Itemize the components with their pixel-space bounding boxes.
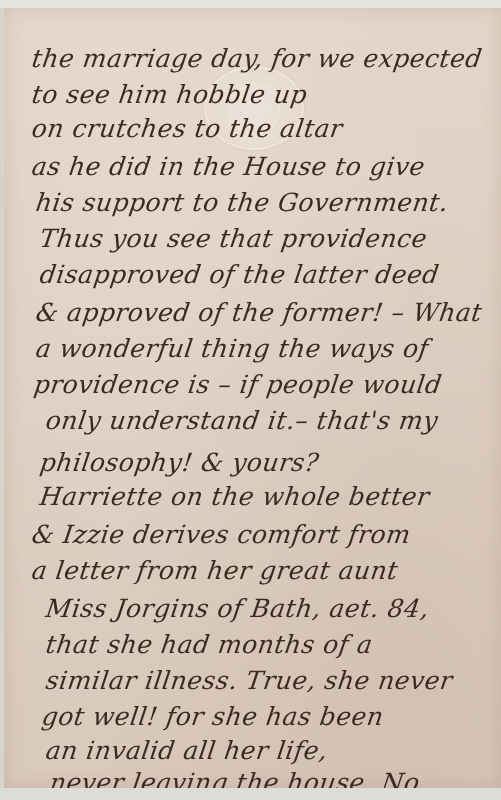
text-line: got well! for she has been — [40, 702, 386, 731]
text-line: Harriette on the whole better — [38, 482, 432, 511]
scan-border-bottom — [0, 788, 501, 800]
text-line: philosophy! & yours? — [38, 448, 321, 477]
handwritten-text: the marriage day, for we expected to see… — [4, 8, 501, 788]
text-line: Thus you see that providence — [38, 224, 429, 253]
text-line: only understand it.– that's my — [44, 406, 440, 435]
text-line: on crutches to the altar — [30, 114, 345, 143]
text-line: Miss Jorgins of Bath, aet. 84, — [44, 594, 431, 623]
text-line: his support to the Government. — [34, 188, 450, 217]
text-line: that she had months of a — [44, 630, 375, 659]
letter-page: the marriage day, for we expected to see… — [4, 8, 501, 788]
text-line: as he did in the House to give — [30, 152, 427, 181]
text-line: a wonderful thing the ways of — [34, 334, 431, 363]
text-line: a letter from her great aunt — [30, 556, 400, 585]
text-line: an invalid all her life, — [44, 736, 330, 765]
scan-border-top — [0, 0, 501, 8]
text-line: & Izzie derives comfort from — [30, 520, 413, 549]
text-line: the marriage day, for we expected — [30, 44, 484, 73]
text-line: providence is – if people would — [32, 370, 444, 399]
text-line: similar illness. True, she never — [44, 666, 455, 695]
text-line: & approved of the former! – What — [34, 298, 484, 327]
text-line: disapproved of the latter deed — [38, 260, 441, 289]
text-line: to see him hobble up — [30, 80, 309, 109]
